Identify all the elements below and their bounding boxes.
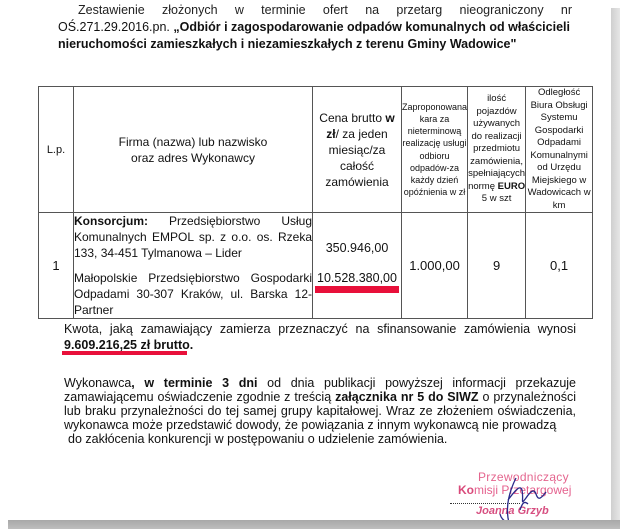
page-shadow-bottom — [8, 520, 620, 529]
header-vehicles: ilość pojazdów używanych do realizacji p… — [468, 87, 526, 213]
header-firm: Firma (nazwa) lub nazwisko oraz adres Wy… — [74, 87, 313, 213]
highlight-underline — [315, 286, 399, 293]
row-vehicles: 9 — [468, 213, 526, 319]
budget-paragraph: Kwota, jaką zamawiający zamierza przezna… — [64, 321, 576, 353]
header-lp: L.p. — [39, 87, 74, 213]
header-vehicles-pre: ilość pojazdów używanych do realizacji p… — [468, 93, 525, 192]
row-firm: Konsorcjum: Przedsiębiorstwo Usług Komun… — [74, 213, 313, 319]
row-penalty: 1.000,00 — [402, 213, 468, 319]
highlight-underline — [62, 351, 187, 355]
header-penalty: Zaproponowana kara za nieterminową reali… — [402, 87, 468, 213]
header-price-post: / za jeden miesiąc/za całość zamówienia — [325, 127, 388, 189]
notice-paragraph: Wykonawca, w terminie 3 dni od dnia publ… — [64, 376, 576, 446]
page-shadow-right — [611, 8, 620, 529]
notice-body: Wykonawca, w terminie 3 dni od dnia publ… — [64, 376, 576, 432]
notice-attachment: załącznika nr 5 do SIWZ — [335, 390, 478, 404]
document-page: Zestawienie złożonych w terminie ofert n… — [0, 0, 612, 520]
price-total: 10.528.380,00 — [313, 271, 401, 285]
row-price: 350.946,00 10.528.380,00 — [313, 213, 402, 319]
reference-number: OŚ.271.29.2016.pn. — [58, 20, 170, 34]
firm-leader: Konsorcjum: Przedsiębiorstwo Usług Komun… — [74, 213, 312, 261]
table-row: 1 Konsorcjum: Przedsiębiorstwo Usług Kom… — [39, 213, 593, 319]
row-lp: 1 — [39, 213, 74, 319]
row-distance: 0,1 — [526, 213, 593, 319]
signature-stamp: Przewodniczący Komisji Przetargowej Joan… — [450, 470, 580, 522]
intro-line: Zestawienie złożonych w terminie ofert n… — [58, 2, 572, 19]
budget-text: Kwota, jaką zamawiający zamierza przezna… — [64, 321, 576, 337]
notice-a: Wykonawca — [64, 376, 131, 390]
firm-label: Konsorcjum: — [74, 214, 148, 228]
offers-table: L.p. Firma (nazwa) lub nazwisko oraz adr… — [38, 86, 593, 319]
price-monthly: 350.946,00 — [313, 241, 401, 255]
notice-deadline: , w terminie 3 dni — [131, 376, 257, 390]
header-vehicles-post: 5 w szt — [482, 193, 512, 204]
header-price: Cena brutto w zł/ za jeden miesiąc/za ca… — [313, 87, 402, 213]
intro-title: OŚ.271.29.2016.pn. „Odbiór i zagospodaro… — [58, 19, 572, 53]
firm-partner: Małopolskie Przedsiębiorstwo Gospodarki … — [74, 270, 312, 318]
header-vehicles-bold: EURO — [498, 181, 525, 192]
intro-heading: Zestawienie złożonych w terminie ofert n… — [58, 2, 572, 53]
header-firm-text: Firma (nazwa) lub nazwisko oraz adres Wy… — [108, 134, 278, 166]
table-header-row: L.p. Firma (nazwa) lub nazwisko oraz adr… — [39, 87, 593, 213]
notice-last-line: do zakłócenia konkurencji w postępowaniu… — [64, 432, 576, 446]
header-price-pre: Cena brutto — [319, 111, 385, 125]
header-distance: Odległość Biura Obsługi Systemu Gospodar… — [526, 87, 593, 213]
